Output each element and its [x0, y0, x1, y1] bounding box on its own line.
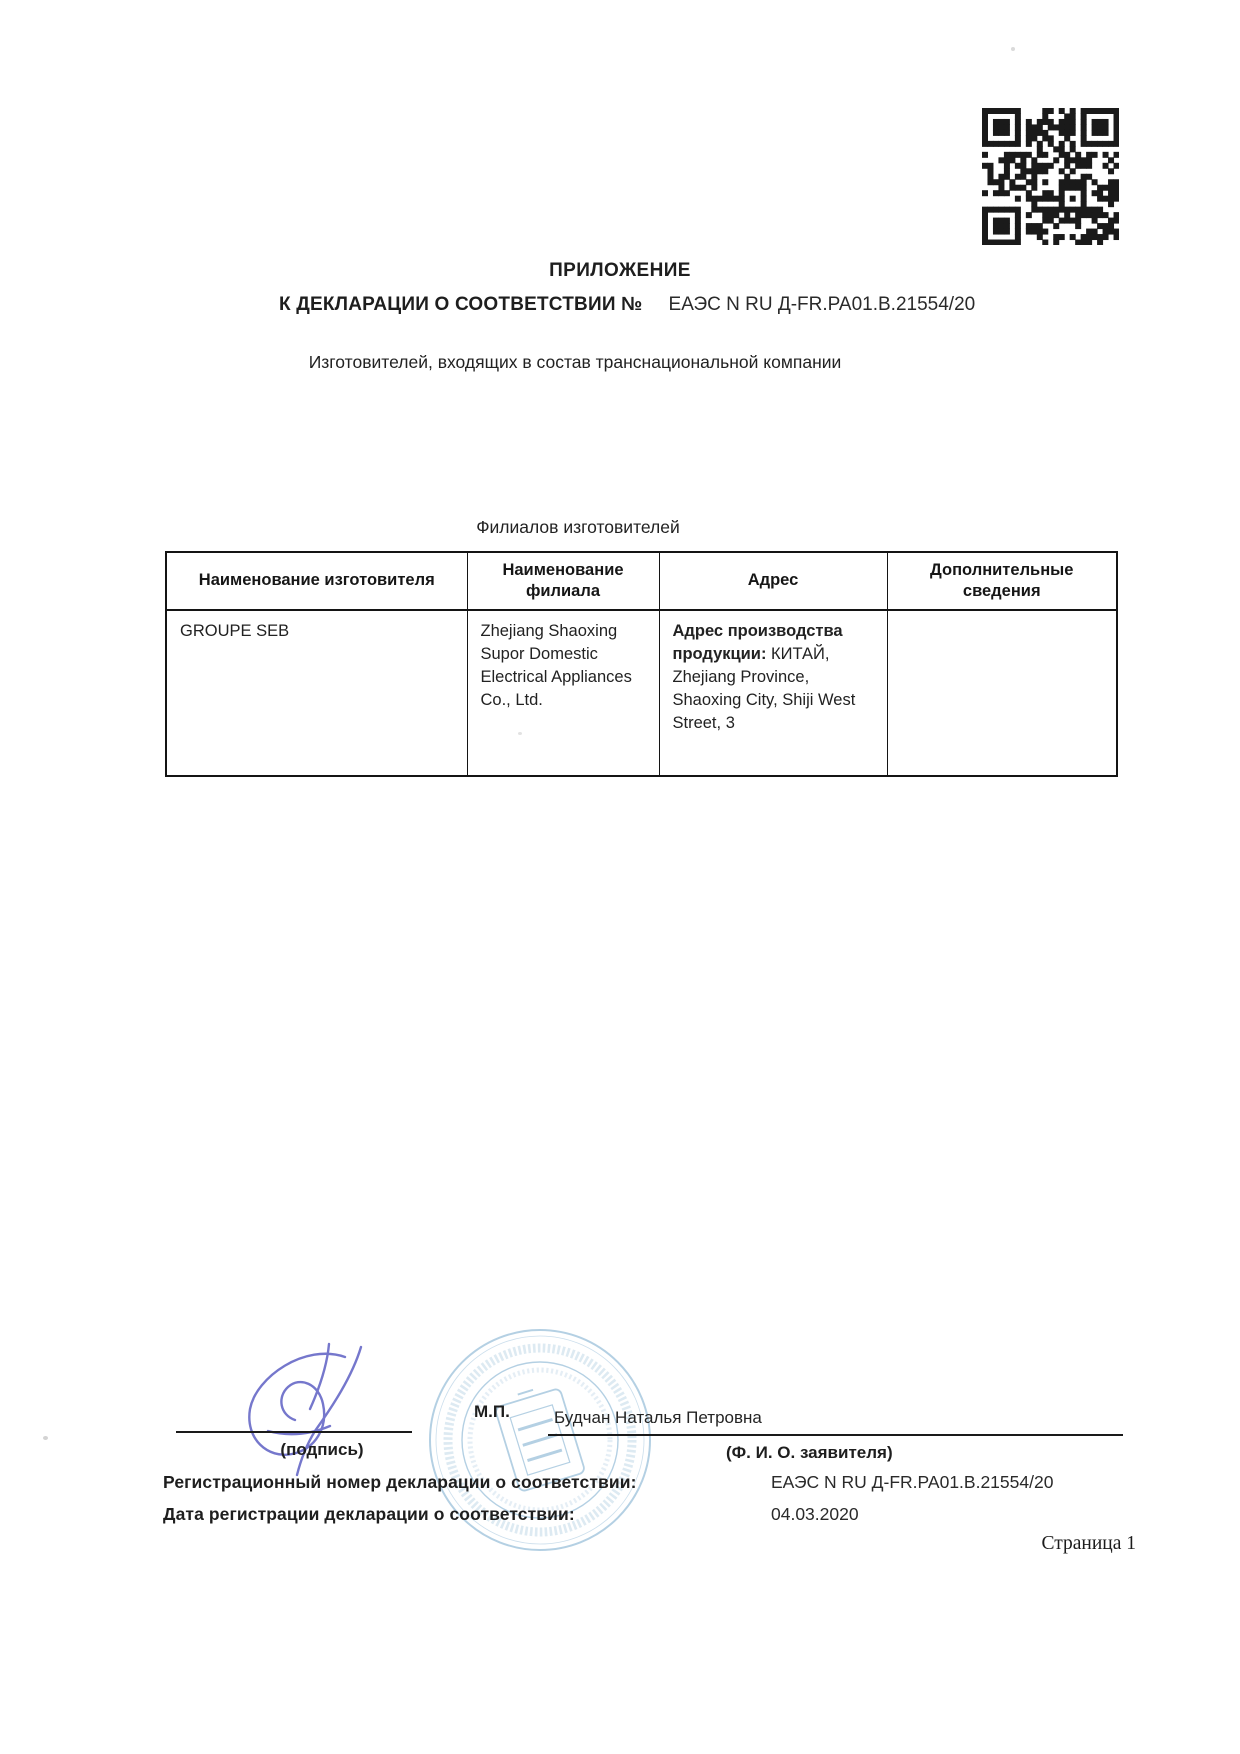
document-description: Изготовителей, входящих в состав трансна…: [105, 352, 1045, 373]
cell-additional: [887, 610, 1117, 776]
applicant-name: Будчан Наталья Петровна: [554, 1408, 762, 1428]
cell-branch: Zhejiang Shaoxing Supor Domestic Electri…: [467, 610, 659, 776]
qr-code-image: [982, 108, 1119, 245]
manufacturers-table: Наименование изготовителя Наименование ф…: [165, 551, 1118, 777]
header-address: Адрес: [659, 552, 887, 610]
page-number: Страница 1: [936, 1533, 1136, 1555]
registration-number-label: Регистрационный номер декларации о соотв…: [163, 1472, 637, 1493]
header-manufacturer: Наименование изготовителя: [166, 552, 467, 610]
cell-manufacturer: GROUPE SEB: [166, 610, 467, 776]
declaration-subtitle: К ДЕКЛАРАЦИИ О СООТВЕТСТВИИ №ЕАЭС N RU Д…: [279, 294, 975, 316]
registration-number-value: ЕАЭС N RU Д-FR.PA01.B.21554/20: [771, 1472, 1053, 1493]
header-additional: Дополнительные сведения: [887, 552, 1117, 610]
table-row: GROUPE SEB Zhejiang Shaoxing Supor Domes…: [166, 610, 1117, 776]
signature-image: [210, 1335, 440, 1485]
stamp-place-label: М.П.: [474, 1402, 510, 1422]
page-title: ПРИЛОЖЕНИЕ: [150, 260, 1090, 282]
registration-date-label: Дата регистрации декларации о соответств…: [163, 1504, 575, 1525]
signature-line: [176, 1431, 412, 1433]
name-line: [548, 1434, 1123, 1436]
scan-speck: [1011, 47, 1015, 51]
handwritten-signature: [210, 1335, 440, 1485]
registration-date-value: 04.03.2020: [771, 1504, 859, 1525]
declaration-subtitle-label: К ДЕКЛАРАЦИИ О СООТВЕТСТВИИ №: [279, 294, 643, 315]
scan-speck: [43, 1436, 48, 1440]
cell-address: Адрес производства продукции: КИТАЙ, Zhe…: [659, 610, 887, 776]
signature-caption: (подпись): [232, 1440, 412, 1460]
document-page: ПРИЛОЖЕНИЕ К ДЕКЛАРАЦИИ О СООТВЕТСТВИИ №…: [0, 0, 1240, 1754]
table-caption: Филиалов изготовителей: [108, 517, 1048, 538]
table-header-row: Наименование изготовителя Наименование ф…: [166, 552, 1117, 610]
scan-speck: [518, 732, 522, 735]
qr-code: [982, 108, 1119, 245]
declaration-number: ЕАЭС N RU Д-FR.PA01.B.21554/20: [669, 294, 976, 315]
header-branch: Наименование филиала: [467, 552, 659, 610]
applicant-name-caption: (Ф. И. О. заявителя): [726, 1443, 893, 1463]
